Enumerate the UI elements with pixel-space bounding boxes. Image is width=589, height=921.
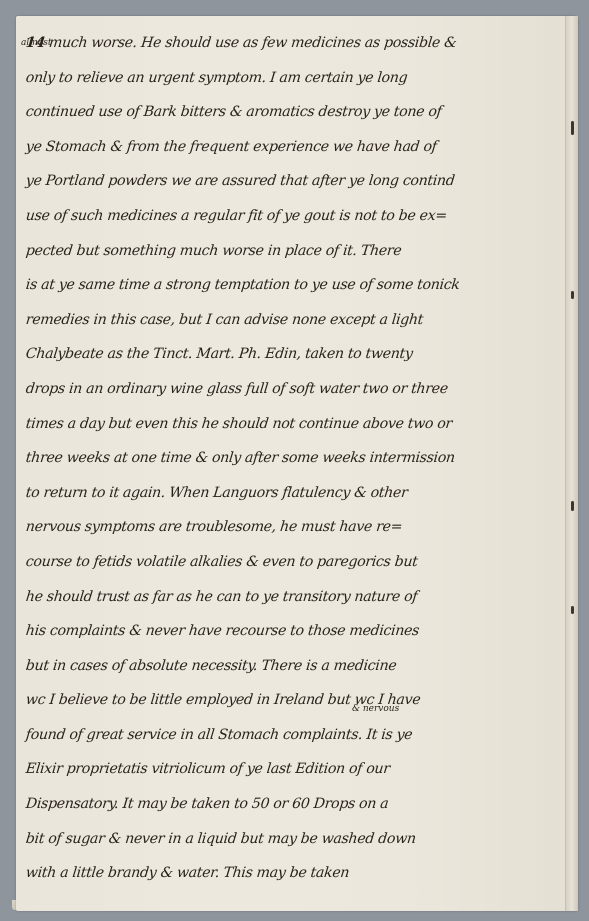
manuscript-page: almost & nervous 14much worse. He should…	[16, 16, 578, 911]
manuscript-line: use of such medicines a regular fit of y…	[24, 199, 568, 234]
manuscript-line: remedies in this case, but I can advise …	[24, 303, 568, 338]
binding-mark	[571, 501, 574, 511]
manuscript-line: 14much worse. He should use as few medic…	[24, 26, 568, 61]
manuscript-line: continued use of Bark bitters & aromatic…	[24, 95, 568, 130]
manuscript-line: Chalybeate as the Tinct. Mart. Ph. Edin,…	[24, 337, 568, 372]
binding-mark	[571, 291, 574, 299]
manuscript-line: three weeks at one time & only after som…	[24, 441, 568, 476]
manuscript-line: times a day but even this he should not …	[24, 407, 568, 442]
manuscript-line: only to relieve an urgent symptom. I am …	[24, 61, 568, 96]
manuscript-line: bit of sugar & never in a liquid but may…	[24, 822, 568, 857]
binding-mark	[571, 121, 574, 135]
manuscript-line: found of great service in all Stomach co…	[24, 718, 568, 753]
manuscript-line: wc I believe to be little employed in Ir…	[24, 683, 568, 718]
manuscript-line: his complaints & never have recourse to …	[24, 614, 568, 649]
manuscript-line: ye Stomach & from the frequent experienc…	[24, 130, 568, 165]
manuscript-line: but in cases of absolute necessity. Ther…	[24, 649, 568, 684]
manuscript-line: ye Portland powders we are assured that …	[24, 164, 568, 199]
manuscript-line: pected but something much worse in place…	[24, 234, 568, 269]
manuscript-line: drops in an ordinary wine glass full of …	[24, 372, 568, 407]
manuscript-line: is at ye same time a strong temptation t…	[24, 268, 568, 303]
manuscript-line: to return to it again. When Languors fla…	[24, 476, 568, 511]
manuscript-line: he should trust as far as he can to ye t…	[24, 580, 568, 615]
page-gutter	[565, 16, 578, 911]
page-number: 14	[25, 35, 46, 51]
manuscript-line: course to fetids volatile alkalies & eve…	[24, 545, 568, 580]
manuscript-line: Dispensatory. It may be taken to 50 or 6…	[24, 787, 568, 822]
binding-mark	[571, 606, 574, 614]
manuscript-line: with a little brandy & water. This may b…	[24, 856, 568, 891]
manuscript-line: Elixir proprietatis vitriolicum of ye la…	[24, 752, 568, 787]
manuscript-line: nervous symptoms are troublesome, he mus…	[24, 510, 568, 545]
manuscript-text-body: 14much worse. He should use as few medic…	[24, 26, 564, 891]
